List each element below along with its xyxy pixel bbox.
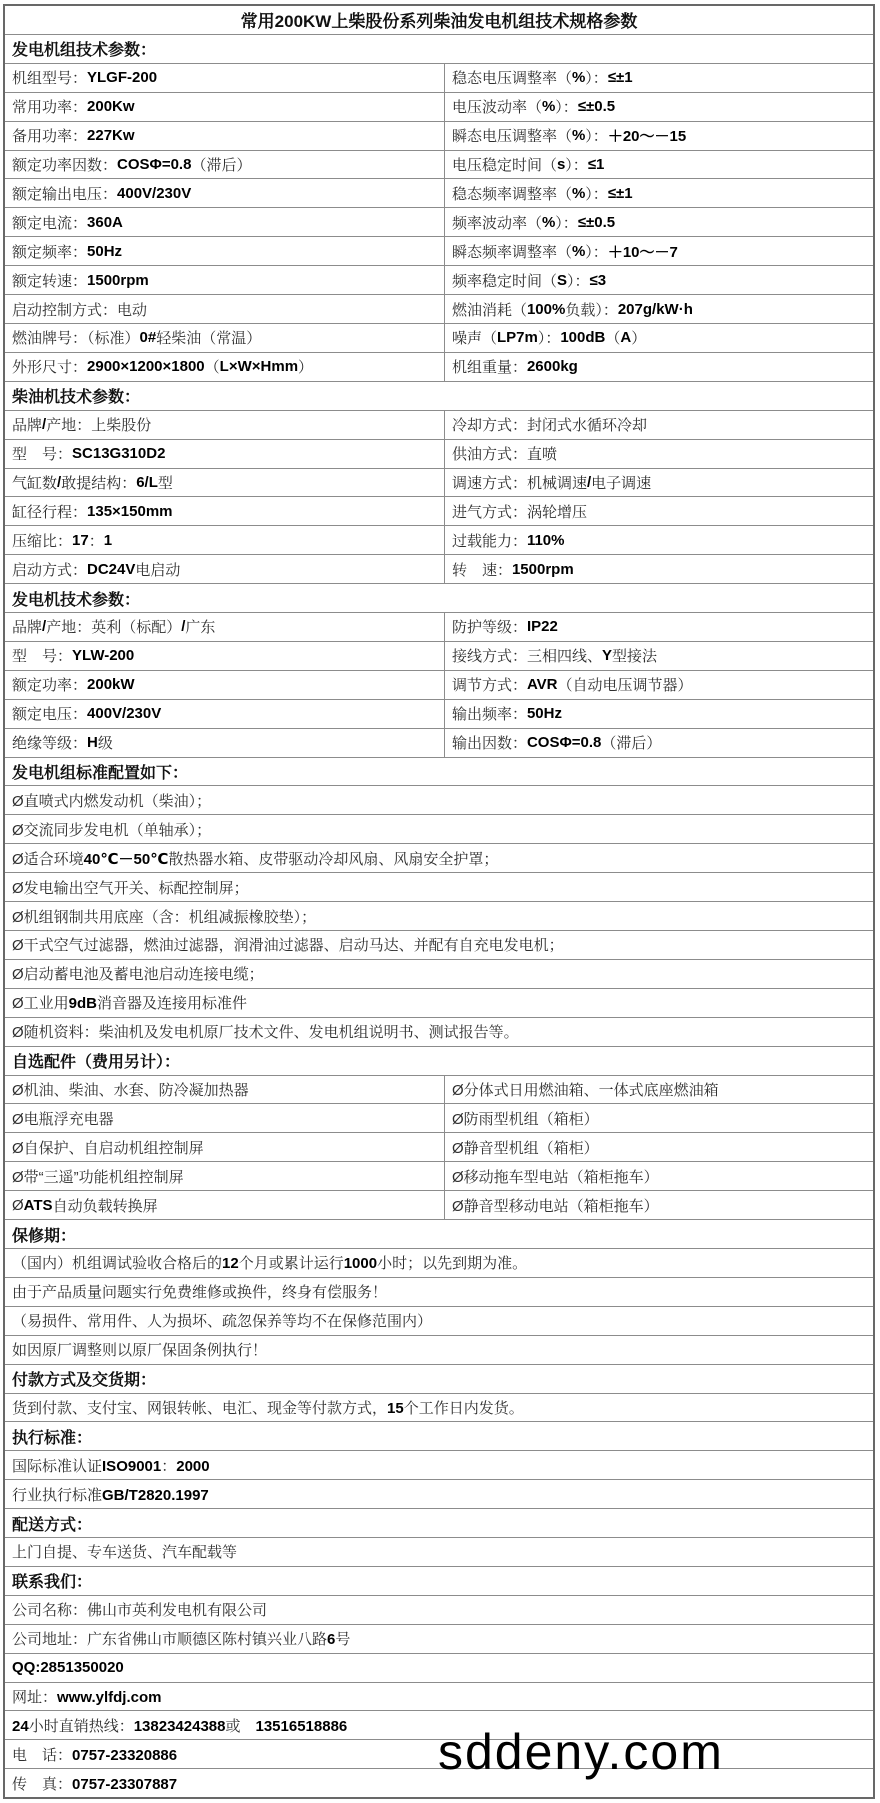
section-header-contact: 联系我们： [5, 1567, 873, 1596]
table-row: 品牌/产地：英利（标配）/广东防护等级：IP22 [5, 613, 873, 642]
section-header-standards: 执行标准： [5, 1422, 873, 1451]
table-row: 型 号：YLW-200接线方式：三相四线、Y型接法 [5, 642, 873, 671]
table-cell-left: 型 号：YLW-200 [5, 642, 444, 670]
section-header-warranty: 保修期： [5, 1220, 873, 1249]
table-cell-right: 过载能力：110% [444, 526, 873, 554]
table-cell-right: 噪声（LP7m）：100dB（A） [444, 324, 873, 352]
table-row: Ø随机资料：柴油机及发电机原厂技术文件、发电机组说明书、测试报告等。 [5, 1018, 873, 1047]
table-title: 常用200KW上柴股份系列柴油发电机组技术规格参数 [5, 6, 873, 35]
table-cell-right: 频率稳定时间（S）：≤3 [444, 266, 873, 294]
table-cell-left: 备用功率：227Kw [5, 122, 444, 150]
table-cell-left: 绝缘等级：H级 [5, 729, 444, 757]
table-cell-right: 频率波动率（%）：≤±0.5 [444, 208, 873, 236]
table-cell-right: 接线方式：三相四线、Y型接法 [444, 642, 873, 670]
table-cell-left: 型 号：SC13G310D2 [5, 440, 444, 468]
table-row: 电 话：0757-23320886 [5, 1740, 873, 1769]
table-cell-right: 燃油消耗（100%负载）：207g/kW·h [444, 295, 873, 323]
table-row: （国内）机组调试验收合格后的12个月或累计运行1000小时；以先到期为准。 [5, 1249, 873, 1278]
table-cell-left: （易损件、常用件、人为损坏、疏忽保养等均不在保修范围内） [5, 1310, 873, 1331]
table-row: Ø机组钢制共用底座（含：机组减振橡胶垫）； [5, 902, 873, 931]
table-row: Ø直喷式内燃发动机（柴油）； [5, 786, 873, 815]
table-cell-left: Ø发电输出空气开关、标配控制屏； [5, 877, 873, 898]
table-cell-right: Ø移动拖车型电站（箱柜拖车） [444, 1162, 873, 1190]
table-cell-left: 货到付款、支付宝、网银转帐、电汇、现金等付款方式，15个工作日内发货。 [5, 1397, 873, 1418]
section-header-payment: 付款方式及交货期： [5, 1365, 873, 1394]
table-cell-right: 进气方式：涡轮增压 [444, 497, 873, 525]
section-header-genset-params: 发电机组技术参数： [5, 35, 873, 64]
table-row: ØATS自动负载转换屏Ø静音型移动电站（箱柜拖车） [5, 1191, 873, 1220]
table-cell-right: 防护等级：IP22 [444, 613, 873, 641]
spec-sheet-page: 常用200KW上柴股份系列柴油发电机组技术规格参数 发电机组技术参数：机组型号：… [0, 0, 880, 1803]
table-cell-left: 燃油牌号：（标准）0#轻柴油（常温） [5, 324, 444, 352]
table-row: 额定输出电压：400V/230V稳态频率调整率（%）：≤±1 [5, 179, 873, 208]
table-cell-left: 额定电流：360A [5, 208, 444, 236]
section-header-optional-parts: 自选配件（费用另计）： [5, 1047, 873, 1076]
table-cell-left: 如因原厂调整则以原厂保固条例执行！ [5, 1339, 873, 1360]
table-cell-right: 电压稳定时间（s）：≤1 [444, 151, 873, 179]
table-cell-left: 24小时直销热线：13823424388或 13516518886 [5, 1715, 873, 1736]
table-row: 额定频率：50Hz瞬态频率调整率（%）：＋10～－7 [5, 237, 873, 266]
section-header-alternator-params: 发电机技术参数： [5, 584, 873, 613]
table-row: 网址：www.ylfdj.com [5, 1683, 873, 1712]
table-cell-left: 机组型号：YLGF-200 [5, 64, 444, 92]
table-cell-right: 转 速：1500rpm [444, 555, 873, 583]
table-row: Ø适合环境40℃－50℃散热器水箱、皮带驱动冷却风扇、风扇安全护罩； [5, 844, 873, 873]
table-cell-left: 额定功率：200kW [5, 671, 444, 699]
section-header-engine-params: 柴油机技术参数： [5, 382, 873, 411]
table-cell-right: Ø静音型机组（箱柜） [444, 1133, 873, 1161]
table-cell-left: Ø干式空气过滤器，燃油过滤器，润滑油过滤器、启动马达、并配有自充电发电机； [5, 934, 873, 955]
table-cell-left: 公司地址：广东省佛山市顺德区陈村镇兴业八路6号 [5, 1628, 873, 1649]
table-cell-right: 瞬态频率调整率（%）：＋10～－7 [444, 237, 873, 265]
table-cell-right: Ø静音型移动电站（箱柜拖车） [444, 1191, 873, 1219]
table-cell-left: 额定电压：400V/230V [5, 700, 444, 728]
table-cell-right: 输出因数：COSΦ=0.8（滞后） [444, 729, 873, 757]
table-row: 行业执行标准GB/T2820.1997 [5, 1480, 873, 1509]
table-cell-right: 瞬态电压调整率（%）：＋20～－15 [444, 122, 873, 150]
table-cell-right: 供油方式：直喷 [444, 440, 873, 468]
table-row: 货到付款、支付宝、网银转帐、电汇、现金等付款方式，15个工作日内发货。 [5, 1394, 873, 1423]
table-row: 传 真：0757-23307887 [5, 1769, 873, 1797]
table-cell-left: 额定频率：50Hz [5, 237, 444, 265]
table-row: Ø发电输出空气开关、标配控制屏； [5, 873, 873, 902]
table-cell-left: Ø自保护、自启动机组控制屏 [5, 1133, 444, 1161]
table-cell-right: 输出频率：50Hz [444, 700, 873, 728]
table-row: Ø带“三遥”功能机组控制屏Ø移动拖车型电站（箱柜拖车） [5, 1162, 873, 1191]
table-row: 公司地址：广东省佛山市顺德区陈村镇兴业八路6号 [5, 1625, 873, 1654]
table-cell-left: 上门自提、专车送货、汽车配载等 [5, 1541, 873, 1562]
table-row: 上门自提、专车送货、汽车配载等 [5, 1538, 873, 1567]
table-cell-left: 额定转速：1500rpm [5, 266, 444, 294]
table-cell-left: 启动方式：DC24V电启动 [5, 555, 444, 583]
table-cell-left: 公司名称：佛山市英利发电机有限公司 [5, 1599, 873, 1620]
table-cell-left: 国际标准认证ISO9001：2000 [5, 1455, 873, 1476]
table-cell-right: 调速方式：机械调速/电子调速 [444, 469, 873, 497]
table-cell-left: ØATS自动负载转换屏 [5, 1191, 444, 1219]
table-cell-left: Ø启动蓄电池及蓄电池启动连接电缆； [5, 963, 873, 984]
table-cell-right: 稳态电压调整率（%）：≤±1 [444, 64, 873, 92]
table-row: 额定电压：400V/230V输出频率：50Hz [5, 700, 873, 729]
table-cell-left: 品牌/产地：上柴股份 [5, 411, 444, 439]
table-cell-left: 常用功率：200Kw [5, 93, 444, 121]
table-cell-left: Ø机组钢制共用底座（含：机组减振橡胶垫）； [5, 906, 873, 927]
table-row: 由于产品质量问题实行免费维修或换件，终身有偿服务！ [5, 1278, 873, 1307]
table-row: 额定功率：200kW调节方式：AVR（自动电压调节器） [5, 671, 873, 700]
table-cell-left: 启动控制方式：电动 [5, 295, 444, 323]
table-cell-right: 调节方式：AVR（自动电压调节器） [444, 671, 873, 699]
table-row: Ø启动蓄电池及蓄电池启动连接电缆； [5, 960, 873, 989]
table-cell-left: （国内）机组调试验收合格后的12个月或累计运行1000小时；以先到期为准。 [5, 1252, 873, 1273]
table-row: 缸径行程：135×150 mm进气方式：涡轮增压 [5, 497, 873, 526]
table-cell-left: Ø直喷式内燃发动机（柴油）； [5, 790, 873, 811]
table-cell-left: 电 话：0757-23320886 [5, 1744, 873, 1765]
table-cell-left: Ø适合环境40℃－50℃散热器水箱、皮带驱动冷却风扇、风扇安全护罩； [5, 848, 873, 869]
table-cell-left: QQ:2851350020 [5, 1659, 873, 1676]
table-row: 国际标准认证ISO9001：2000 [5, 1451, 873, 1480]
table-cell-left: 行业执行标准GB/T2820.1997 [5, 1484, 873, 1505]
table-cell-left: 气缸数/敢提结构：6/L型 [5, 469, 444, 497]
table-cell-right: 机组重量：2600kg [444, 353, 873, 381]
table-cell-left: Ø交流同步发电机（单轴承）； [5, 819, 873, 840]
table-cell-left: 压缩比：17：1 [5, 526, 444, 554]
section-header-delivery: 配送方式： [5, 1509, 873, 1538]
table-row: 气缸数/敢提结构：6/L型调速方式：机械调速/电子调速 [5, 469, 873, 498]
table-row: QQ:2851350020 [5, 1654, 873, 1683]
table-row: 燃油牌号：（标准）0#轻柴油（常温）噪声（LP7m）：100dB（A） [5, 324, 873, 353]
table-cell-left: Ø工业用9dB消音器及连接用标准件 [5, 992, 873, 1013]
table-row: 型 号：SC13G310D2供油方式：直喷 [5, 440, 873, 469]
table-cell-right: 电压波动率（%）：≤±0.5 [444, 93, 873, 121]
table-cell-left: 缸径行程：135×150 mm [5, 497, 444, 525]
table-row: Ø工业用9dB消音器及连接用标准件 [5, 989, 873, 1018]
table-row: 24小时直销热线：13823424388或 13516518886 [5, 1711, 873, 1740]
table-row: 额定转速：1500rpm频率稳定时间（S）：≤3 [5, 266, 873, 295]
table-cell-left: Ø随机资料：柴油机及发电机原厂技术文件、发电机组说明书、测试报告等。 [5, 1021, 873, 1042]
table-cell-left: Ø电瓶浮充电器 [5, 1104, 444, 1132]
table-row: （易损件、常用件、人为损坏、疏忽保养等均不在保修范围内） [5, 1307, 873, 1336]
table-cell-left: 额定输出电压：400V/230V [5, 179, 444, 207]
table-row: 如因原厂调整则以原厂保固条例执行！ [5, 1336, 873, 1365]
table-row: Ø自保护、自启动机组控制屏Ø静音型机组（箱柜） [5, 1133, 873, 1162]
table-cell-right: 稳态频率调整率（%）：≤±1 [444, 179, 873, 207]
table-cell-right: 冷却方式：封闭式水循环冷却 [444, 411, 873, 439]
table-row: 压缩比：17：1过载能力：110% [5, 526, 873, 555]
table-row: 常用功率：200Kw电压波动率（%）：≤±0.5 [5, 93, 873, 122]
table-row: Ø机油、柴油、水套、防冷凝加热器Ø分体式日用燃油箱、一体式底座燃油箱 [5, 1076, 873, 1105]
table-row: 启动控制方式：电动燃油消耗（100%负载）：207g/kW·h [5, 295, 873, 324]
table-row: 外形尺寸：2900×1200×1800（L×W×H mm）机组重量：2600kg [5, 353, 873, 382]
section-header-standard-config: 发电机组标准配置如下： [5, 758, 873, 787]
table-row: 额定电流：360A频率波动率（%）：≤±0.5 [5, 208, 873, 237]
table-row: 额定功率因数：COSΦ=0.8（滞后）电压稳定时间（s）：≤1 [5, 151, 873, 180]
table-cell-left: 品牌/产地：英利（标配）/广东 [5, 613, 444, 641]
table-cell-left: 额定功率因数：COSΦ=0.8（滞后） [5, 151, 444, 179]
table-row: Ø交流同步发电机（单轴承）； [5, 815, 873, 844]
table-cell-right: Ø防雨型机组（箱柜） [444, 1104, 873, 1132]
table-row: 公司名称：佛山市英利发电机有限公司 [5, 1596, 873, 1625]
table-row: Ø电瓶浮充电器Ø防雨型机组（箱柜） [5, 1104, 873, 1133]
table-cell-right: Ø分体式日用燃油箱、一体式底座燃油箱 [444, 1076, 873, 1104]
table-cell-left: 传 真：0757-23307887 [5, 1773, 873, 1794]
table-row: 备用功率：227Kw瞬态电压调整率（%）：＋20～－15 [5, 122, 873, 151]
table-cell-left: 网址：www.ylfdj.com [5, 1686, 873, 1707]
table-cell-left: Ø机油、柴油、水套、防冷凝加热器 [5, 1076, 444, 1104]
table-cell-left: 外形尺寸：2900×1200×1800（L×W×H mm） [5, 353, 444, 381]
spec-table: 常用200KW上柴股份系列柴油发电机组技术规格参数 发电机组技术参数：机组型号：… [3, 4, 875, 1799]
table-row: 机组型号：YLGF-200稳态电压调整率（%）：≤±1 [5, 64, 873, 93]
table-row: 品牌/产地：上柴股份冷却方式：封闭式水循环冷却 [5, 411, 873, 440]
table-row: 启动方式：DC24V电启动转 速：1500rpm [5, 555, 873, 584]
table-row: Ø干式空气过滤器，燃油过滤器，润滑油过滤器、启动马达、并配有自充电发电机； [5, 931, 873, 960]
table-cell-left: 由于产品质量问题实行免费维修或换件，终身有偿服务！ [5, 1281, 873, 1302]
table-title-text: 常用200KW上柴股份系列柴油发电机组技术规格参数 [241, 7, 638, 32]
table-row: 绝缘等级：H级输出因数：COSΦ=0.8（滞后） [5, 729, 873, 758]
table-cell-left: Ø带“三遥”功能机组控制屏 [5, 1162, 444, 1190]
